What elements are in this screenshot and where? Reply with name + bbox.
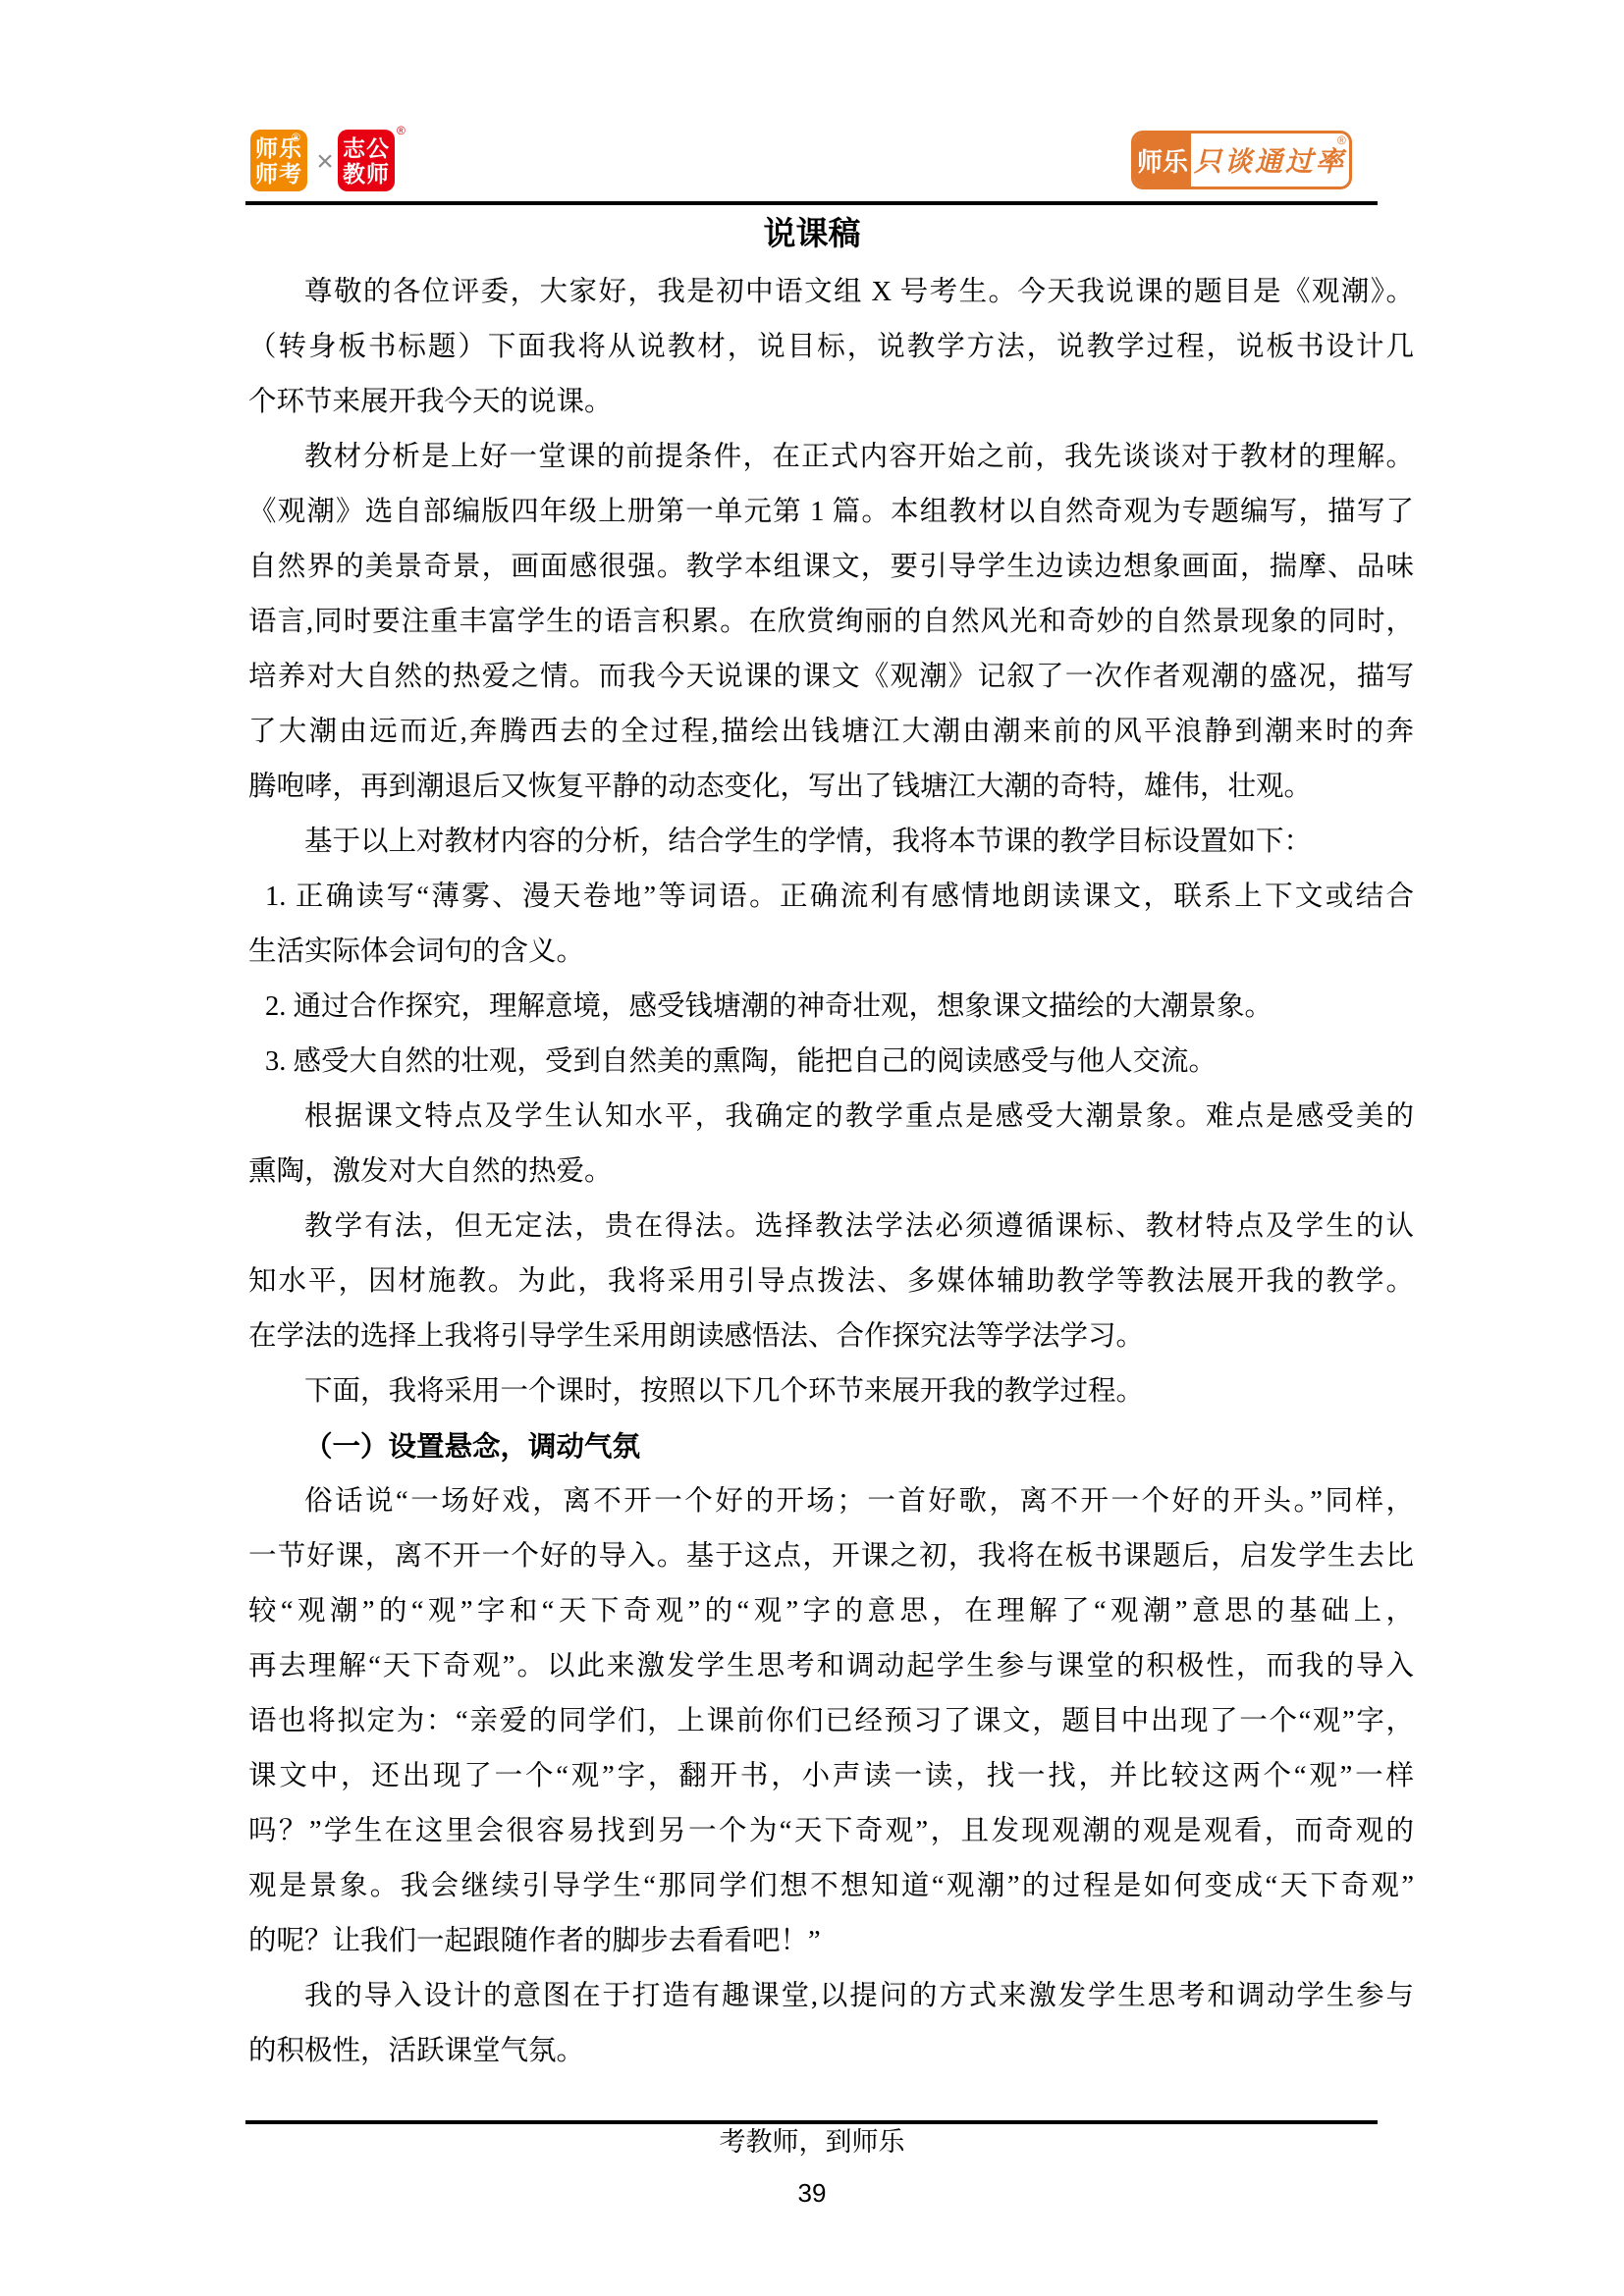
body-line: 俗话说“一场好戏，离不开一个好的开场；一首好歌，离不开一个好的开头。”同样， (248, 1474, 1414, 1529)
document-page: 师乐 师考 × 志公 教师 ® ® 师乐 只谈通过率 ® 说课稿 尊敬的各位评委… (0, 0, 1624, 2296)
body-line: 个环节来展开我今天的说课。 (248, 375, 1414, 430)
body-line: 一节好课，离不开一个好的导入。基于这点，开课之初，我将在板书课题后，启发学生去比 (248, 1529, 1414, 1584)
body-line: 2. 通过合作探究，理解意境，感受钱塘潮的神奇壮观，想象课文描绘的大潮景象。 (248, 980, 1414, 1035)
body-line: 《观潮》选自部编版四年级上册第一单元第 1 篇。本组教材以自然奇观为专题编写，描… (248, 485, 1414, 540)
body-line: 3. 感受大自然的壮观，受到自然美的熏陶，能把自己的阅读感受与他人交流。 (248, 1035, 1414, 1090)
body-line: 教学有法，但无定法，贵在得法。选择教法学法必须遵循课标、教材特点及学生的认 (248, 1200, 1414, 1255)
body-line: 语言,同时要注重丰富学生的语言积累。在欣赏绚丽的自然风光和奇妙的自然景现象的同时… (248, 595, 1414, 650)
body-line: 教材分析是上好一堂课的前提条件，在正式内容开始之前，我先谈谈对于教材的理解。 (248, 430, 1414, 485)
body-line: 较“观潮”的“观”字和“天下奇观”的“观”字的意思，在理解了“观潮”意思的基础上… (248, 1584, 1414, 1639)
body-line: 再去理解“天下奇观”。以此来激发学生思考和调动起学生参与课堂的积极性，而我的导入 (248, 1639, 1414, 1694)
body-line: 腾咆哮，再到潮退后又恢复平静的动态变化，写出了钱塘江大潮的奇特，雄伟，壮观。 (248, 760, 1414, 815)
body-line: 知水平，因材施教。为此，我将采用引导点拨法、多媒体辅助教学等教法展开我的教学。 (248, 1255, 1414, 1309)
body-text: 尊敬的各位评委，大家好，我是初中语文组 X 号考生。今天我说课的题目是《观潮》。… (248, 265, 1414, 2079)
logo-brand-text: 师乐 (1134, 133, 1191, 187)
body-line: 吗？”学生在这里会很容易找到另一个为“天下奇观”，且发现观潮的观是观看，而奇观的 (248, 1804, 1414, 1859)
body-line: （转身板书标题）下面我将从说教材，说目标，说教学方法，说教学过程，说板书设计几 (248, 320, 1414, 375)
body-line: 根据课文特点及学生认知水平，我确定的教学重点是感受大潮景象。难点是感受美的 (248, 1090, 1414, 1145)
registered-trademark-icon: ® (1337, 134, 1346, 146)
body-line: 生活实际体会词句的含义。 (248, 925, 1414, 980)
body-line: 自然界的美景奇景，画面感很强。教学本组课文，要引导学生边读边想象画面，揣摩、品味 (248, 540, 1414, 595)
body-line: 语也将拟定为：“亲爱的同学们，上课前你们已经预习了课文，题目中出现了一个“观”字… (248, 1694, 1414, 1749)
registered-trademark-icon: ® (397, 125, 406, 136)
body-line: 1. 正确读写“薄雾、漫天卷地”等词语。正确流利有感情地朗读课文，联系上下文或结… (248, 870, 1414, 925)
page-title: 说课稿 (0, 206, 1624, 261)
page-number: 39 (0, 2177, 1624, 2209)
body-line: 基于以上对教材内容的分析，结合学生的学情，我将本节课的教学目标设置如下： (248, 815, 1414, 870)
body-line: 在学法的选择上我将引导学生采用朗读感悟法、合作探究法等学法学习。 (248, 1309, 1414, 1364)
logo-text-line: 教师 (343, 161, 390, 187)
registered-trademark-icon: ® (292, 132, 300, 143)
cross-icon: × (311, 145, 339, 179)
header-divider (245, 201, 1378, 205)
body-line: 的呢？让我们一起跟随作者的脚步去看看吧！” (248, 1914, 1414, 1969)
body-line: 我的导入设计的意图在于打造有趣课堂,以提问的方式来激发学生思考和调动学生参与 (248, 1969, 1414, 2024)
logo-text-line: 师考 (255, 161, 302, 187)
body-line: 下面，我将采用一个课时，按照以下几个环节来展开我的教学过程。 (248, 1364, 1414, 1419)
footer-divider (245, 2120, 1378, 2124)
body-line: 课文中，还出现了一个“观”字，翻开书，小声读一读，找一找，并比较这两个“观”一样 (248, 1749, 1414, 1804)
body-line: 的积极性，活跃课堂气氛。 (248, 2024, 1414, 2079)
body-line: 了大潮由远而近,奔腾西去的全过程,描绘出钱塘江大潮由潮来前的风平浪静到潮来时的奔 (248, 705, 1414, 760)
logo-slogan-text: 只谈通过率 (1191, 133, 1349, 187)
body-line: （一）设置悬念，调动气氛 (248, 1419, 1414, 1474)
footer-slogan: 考教师，到师乐 (0, 2126, 1624, 2158)
shile-slogan-logo: 师乐 只谈通过率 (1131, 131, 1352, 189)
body-line: 熏陶，激发对大自然的热爱。 (248, 1145, 1414, 1200)
logo-text-line: 志公 (343, 135, 390, 161)
body-line: 尊敬的各位评委，大家好，我是初中语文组 X 号考生。今天我说课的题目是《观潮》。 (248, 265, 1414, 320)
zhigong-jiaoshi-logo: 志公 教师 (338, 130, 395, 191)
body-line: 观是景象。我会继续引导学生“那同学们想不想知道“观潮”的过程是如何变成“天下奇观… (248, 1859, 1414, 1914)
body-line: 培养对大自然的热爱之情。而我今天说课的课文《观潮》记叙了一次作者观潮的盛况，描写 (248, 650, 1414, 705)
